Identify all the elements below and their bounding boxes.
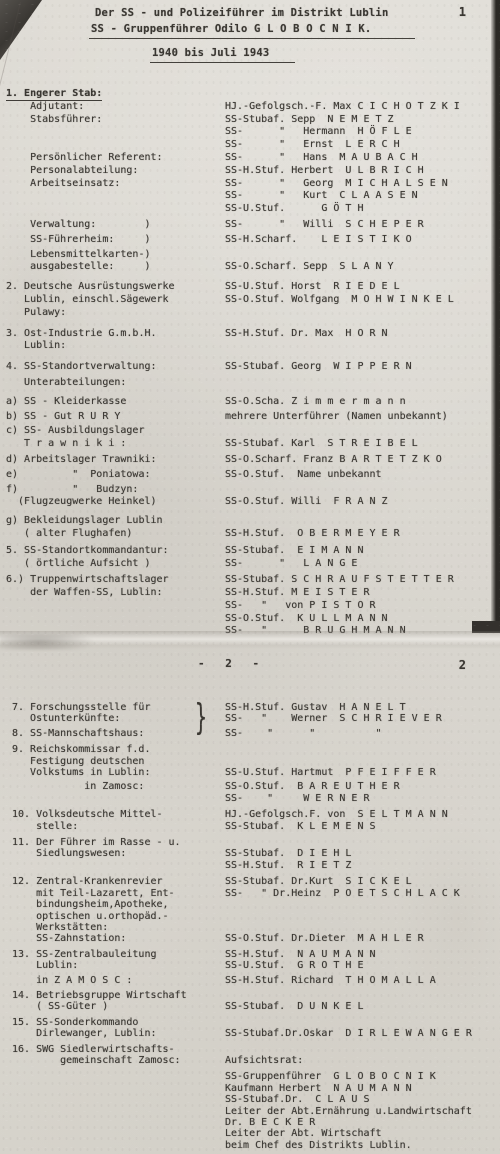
right-column-text [225, 515, 494, 528]
document-line: Volkstums in Lublin:SS-U.Stuf. Hartmut P… [12, 767, 494, 778]
document-line: T r a w n i k i :SS-Stubaf. Karl S T R E… [6, 438, 494, 451]
document-line: SS-O.Stuf. K U L L M A N N [6, 613, 494, 626]
right-column-text [225, 756, 494, 767]
document-title-line1: Der SS - und Polizeiführer im Distrikt L… [95, 7, 500, 19]
left-column-text: 3. Ost-Industrie G.m.b.H. [6, 328, 225, 341]
right-column-text: SS-Stubaf. E I M A N N [225, 545, 494, 558]
left-column-text: 13. SS-Zentralbauleitung [12, 949, 225, 960]
left-column-text: d) Arbeitslager Trawniki: [6, 454, 225, 467]
left-column-text: 11. Der Führer im Rasse - u. [12, 837, 225, 848]
left-column-text: a) SS - Kleiderkasse [6, 396, 225, 409]
right-column-text: SS-Stubaf. D I E H L [225, 848, 494, 859]
document-line: 9. Reichskommissar f.d. [12, 744, 494, 755]
right-column-text: SS-H.Stuf. O B E R M E Y E R [225, 528, 494, 541]
document-line: SS-Gruppenführer G L O B O C N I K [12, 1071, 494, 1082]
document-line: Unterabteilungen: [6, 377, 494, 390]
left-column-text [12, 1094, 225, 1105]
right-column-text: SS- " Hans M A U B A C H [225, 152, 494, 165]
document-line: ( alter Flughafen)SS-H.Stuf. O B E R M E… [6, 528, 494, 541]
left-column-text: T r a w n i k i : [6, 438, 225, 451]
right-column-text: SS-H.Scharf. L E I S T I K O [225, 234, 494, 247]
left-column-text: Volkstums in Lublin: [12, 767, 225, 778]
document-line: SS- " Hermann H Ö F L E [6, 126, 494, 139]
left-column-text: Lublin, einschl.Sägewerk [6, 294, 225, 307]
right-column-text [225, 744, 494, 755]
page1-header: Der SS - und Polizeiführer im Distrikt L… [0, 7, 500, 63]
document-scan: Der SS - und Polizeiführer im Distrikt L… [0, 0, 500, 1154]
right-column-text: HJ.-Gefolgsch.F. von S E L T M A N N [225, 809, 494, 820]
right-column-text [225, 911, 494, 922]
document-line: ausgabestelle: )SS-O.Scharf. Sepp S L A … [6, 261, 494, 274]
left-column-text: Lublin: [12, 960, 225, 971]
document-line: SS- " Ernst L E R C H [6, 139, 494, 152]
left-column-text: Lublin: [6, 340, 225, 353]
left-column-text [6, 139, 225, 152]
left-column-text: 16. SWG Siedlerwirtschafts- [12, 1044, 225, 1055]
left-column-text: SS-Zahnstation: [12, 933, 225, 944]
document-line: SS-Stubaf.Dr. C L A U S [12, 1094, 494, 1105]
right-column-text: SS-Stubaf.Dr. C L A U S [225, 1094, 494, 1105]
left-column-text: Werkstätten: [12, 922, 225, 933]
left-column-text [6, 203, 225, 216]
left-column-text: Festigung deutschen [12, 756, 225, 767]
right-column-text: SS-Stubaf. Dr.Kurt S I C K E L [225, 876, 494, 887]
left-column-text: der Waffen-SS, Lublin: [6, 587, 225, 600]
document-line: 14. Betriebsgruppe Wirtschaft [12, 990, 494, 1001]
document-line: 8. SS-Mannschaftshaus:SS- " " " [12, 728, 494, 739]
document-line: Lublin:SS-U.Stuf. G R O T H E [12, 960, 494, 971]
document-line: Leiter der Abt.Ernährung u.Landwirtschaf… [12, 1106, 494, 1117]
left-column-text: ( SS-Güter ) [12, 1001, 225, 1012]
document-line: mit Teil-Lazarett, Ent-SS- " Dr.Heinz P … [12, 888, 494, 899]
right-column-text: SS-H.Stuf. Richard T H O M A L L A [225, 975, 494, 986]
right-column-text: Aufsichtsrat: [225, 1055, 494, 1066]
document-line: 3. Ost-Industrie G.m.b.H.SS-H.Stuf. Dr. … [6, 328, 494, 341]
document-line: Pulawy: [6, 307, 494, 320]
document-line: Lublin: [6, 340, 494, 353]
right-column-text: SS-O.Scha. Z i m m e r m a n n [225, 396, 494, 409]
left-column-text: in Zamosc: [12, 781, 225, 792]
left-column-text: stelle: [12, 821, 225, 832]
document-line: c) SS- Ausbildungslager [6, 425, 494, 438]
left-column-text: b) SS - Gut R U R Y [6, 411, 225, 424]
right-column-text: beim Chef des Distrikts Lublin. [225, 1140, 494, 1151]
left-column-text: 14. Betriebsgruppe Wirtschaft [12, 990, 225, 1001]
right-column-text: SS-Gruppenführer G L O B O C N I K [225, 1071, 494, 1082]
right-column-text: Kaufmann Herbert N A U M A N N [225, 1083, 494, 1094]
left-column-text: 12. Zentral-Krankenrevier [12, 876, 225, 887]
right-column-text [225, 922, 494, 933]
left-column-text: f) " Budzyn: [6, 484, 225, 497]
right-column-text: SS-Stubaf. Sepp N E M E T Z [225, 114, 494, 127]
page2-center-marker: - 2 - [198, 657, 266, 670]
left-column-text: Persönlicher Referent: [6, 152, 225, 165]
document-line: Lublin, einschl.SägewerkSS-O.Stuf. Wolfg… [6, 294, 494, 307]
document-line: SS- " W E R N E R [12, 793, 494, 804]
left-column-text: c) SS- Ausbildungslager [6, 425, 225, 438]
right-column-text [225, 899, 494, 910]
right-column-text: Leiter der Abt.Ernährung u.Landwirtschaf… [225, 1106, 494, 1117]
left-column-text: Ostunterkünfte: [12, 713, 225, 724]
right-column-text: Leiter der Abt. Wirtschaft [225, 1128, 494, 1139]
left-column-text [12, 1140, 225, 1151]
document-line: 1. Engerer Stab: [6, 88, 494, 101]
right-column-text: SS-U.Stuf. Horst R I E D E L [225, 281, 494, 294]
right-column-text: SS-H.Stuf. Gustav H A N E L T [225, 702, 494, 713]
right-column-text: SS-H.Stuf. Dr. Max H O R N [225, 328, 494, 341]
left-column-text: g) Bekleidungslager Lublin [6, 515, 225, 528]
left-column-text: Unterabteilungen: [6, 377, 225, 390]
right-column-text: SS- " " " [225, 728, 494, 739]
document-line: in Z A M O S C :SS-H.Stuf. Richard T H O… [12, 975, 494, 986]
right-column-text: SS- " Kurt C L A A S E N [225, 190, 494, 203]
right-column-text [225, 990, 494, 1001]
torn-edge-smudge [0, 634, 130, 650]
document-line: Dirlewanger, Lublin:SS-Stubaf.Dr.Oskar D… [12, 1028, 494, 1039]
document-line: Dr. B E C K E R [12, 1117, 494, 1128]
left-column-text: 9. Reichskommissar f.d. [12, 744, 225, 755]
right-column-text: SS-U.Stuf. G R O T H E [225, 960, 494, 971]
document-line: Persönlicher Referent:SS- " Hans M A U B… [6, 152, 494, 165]
left-column-text [12, 860, 225, 871]
left-column-text: ( alter Flughafen) [6, 528, 225, 541]
right-column-text: SS-O.Stuf. Wolfgang M O H W I N K E L [225, 294, 494, 307]
right-column-text [225, 484, 494, 497]
left-column-text [12, 1128, 225, 1139]
left-column-text [12, 1083, 225, 1094]
left-column-text: ausgabestelle: ) [6, 261, 225, 274]
document-line: Festigung deutschen [12, 756, 494, 767]
left-column-text: Personalabteilung: [6, 165, 225, 178]
right-column-text: SS-H.Stuf. R I E T Z [225, 860, 494, 871]
left-column-text: Verwaltung: ) [6, 219, 225, 232]
right-column-text: SS- " Georg M I C H A L S E N [225, 178, 494, 191]
right-column-text: SS- " Werner S C H R I E V E R [225, 713, 494, 724]
right-column-text: SS- " W E R N E R [225, 793, 494, 804]
document-line: 6.) TruppenwirtschaftslagerSS-Stubaf. S … [6, 574, 494, 587]
document-line: SS-H.Stuf. R I E T Z [12, 860, 494, 871]
right-column-text [225, 837, 494, 848]
left-column-text: Dirlewanger, Lublin: [12, 1028, 225, 1039]
document-line: gemeinschaft Zamosc:Aufsichtsrat: [12, 1055, 494, 1066]
document-title-line2: SS - Gruppenführer Odilo G L O B O C N I… [89, 23, 500, 39]
document-line: ( SS-Güter )SS-Stubaf. D U N K E L [12, 1001, 494, 1012]
left-column-text: 10. Volksdeutsche Mittel- [12, 809, 225, 820]
left-column-text [12, 1106, 225, 1117]
right-column-text: SS-H.Stuf. N A U M A N N [225, 949, 494, 960]
document-line: 2. Deutsche AusrüstungswerkeSS-U.Stuf. H… [6, 281, 494, 294]
document-line: Siedlungswesen:SS-Stubaf. D I E H L [12, 848, 494, 859]
left-column-text [6, 190, 225, 203]
document-line: SS- " Kurt C L A A S E N [6, 190, 494, 203]
document-line: Lebensmittelkarten-) [6, 249, 494, 262]
left-column-text: bindungsheim,Apotheke, [12, 899, 225, 910]
left-column-text [12, 1117, 225, 1128]
right-column-text: SS- " Dr.Heinz P O E T S C H L A C K [225, 888, 494, 899]
left-column-text: optischen u.orthopäd.- [12, 911, 225, 922]
right-column-text: SS-H.Stuf. M E I S T E R [225, 587, 494, 600]
left-column-text: SS-Führerheim: ) [6, 234, 225, 247]
document-line: 13. SS-ZentralbauleitungSS-H.Stuf. N A U… [12, 949, 494, 960]
right-column-text: SS- " von P I S T O R [225, 600, 494, 613]
right-column-text [225, 377, 494, 390]
document-line: SS-U.Stuf. G Ö T H [6, 203, 494, 216]
document-line: SS-Führerheim: )SS-H.Scharf. L E I S T I… [6, 234, 494, 247]
left-column-text: ( örtliche Aufsicht ) [6, 558, 225, 571]
right-column-text: SS-Stubaf. S C H R A U F S T E T T E R [225, 574, 494, 587]
right-column-text [225, 425, 494, 438]
document-line: (Flugzeugwerke Heinkel)SS-O.Stuf. Willi … [6, 496, 494, 509]
right-column-text: SS-O.Stuf. Willi F R A N Z [225, 496, 494, 509]
right-column-text: SS-Stubaf. K L E M E N S [225, 821, 494, 832]
document-line: a) SS - KleiderkasseSS-O.Scha. Z i m m e… [6, 396, 494, 409]
left-column-text: in Z A M O S C : [12, 975, 225, 986]
left-column-text: 7. Forschungsstelle für [12, 702, 225, 713]
left-column-text: Lebensmittelkarten-) [6, 249, 225, 262]
left-column-text: 2. Deutsche Ausrüstungswerke [6, 281, 225, 294]
right-column-text [225, 88, 494, 101]
right-column-text: SS-O.Scharf. Sepp S L A N Y [225, 261, 494, 274]
document-line: optischen u.orthopäd.- [12, 911, 494, 922]
right-column-text [225, 249, 494, 262]
document-line: 4. SS-Standortverwaltung:SS-Stubaf. Geor… [6, 361, 494, 374]
right-column-text [225, 1044, 494, 1055]
left-column-text: e) " Poniatowa: [6, 469, 225, 482]
document-line: Verwaltung: )SS- " Willi S C H E P E R [6, 219, 494, 232]
left-column-text [12, 1071, 225, 1082]
left-column-text: 15. SS-Sonderkommando [12, 1017, 225, 1028]
document-line: Werkstätten: [12, 922, 494, 933]
document-line: e) " Poniatowa:SS-O.Stuf. Name unbekannt [6, 469, 494, 482]
document-line: Personalabteilung:SS-H.Stuf. Herbert U L… [6, 165, 494, 178]
right-column-text: SS- " Hermann H Ö F L E [225, 126, 494, 139]
document-line: Leiter der Abt. Wirtschaft [12, 1128, 494, 1139]
left-column-text: 4. SS-Standortverwaltung: [6, 361, 225, 374]
right-column-text: SS-O.Stuf. K U L L M A N N [225, 613, 494, 626]
document-line: 16. SWG Siedlerwirtschafts- [12, 1044, 494, 1055]
document-line: Arbeitseinsatz:SS- " Georg M I C H A L S… [6, 178, 494, 191]
left-column-text: 5. SS-Standortkommandantur: [6, 545, 225, 558]
right-column-text: SS-U.Stuf. Hartmut P F E I F F E R [225, 767, 494, 778]
document-line: 5. SS-Standortkommandantur:SS-Stubaf. E … [6, 545, 494, 558]
left-column-text: 1. Engerer Stab: [6, 88, 225, 101]
left-column-text: gemeinschaft Zamosc: [12, 1055, 225, 1066]
document-line: Kaufmann Herbert N A U M A N N [12, 1083, 494, 1094]
document-subtitle: 1940 bis Juli 1943 [150, 47, 500, 63]
document-line: g) Bekleidungslager Lublin [6, 515, 494, 528]
page2-body: 7. Forschungsstelle fürSS-H.Stuf. Gustav… [12, 702, 494, 1151]
page1-body: 1. Engerer Stab: Adjutant:HJ.-Gefolgsch.… [6, 88, 494, 638]
right-column-text: SS-O.Scharf. Franz B A R T E T Z K O [225, 454, 494, 467]
right-column-text: mehrere Unterführer (Namen unbekannt) [225, 411, 494, 424]
page2-number: 2 [459, 658, 466, 672]
right-column-text: SS-U.Stuf. G Ö T H [225, 203, 494, 216]
left-column-text [12, 793, 225, 804]
left-column-text: Adjutant: [6, 101, 225, 114]
right-column-text: SS-O.Stuf. Name unbekannt [225, 469, 494, 482]
left-column-text: 6.) Truppenwirtschaftslager [6, 574, 225, 587]
right-column-text: SS-Stubaf. Karl S T R E I B E L [225, 438, 494, 451]
page1-number: 1 [459, 5, 466, 19]
right-column-text: HJ.-Gefolgsch.-F. Max C I C H O T Z K I [225, 101, 494, 114]
document-line: 10. Volksdeutsche Mittel-HJ.-Gefolgsch.F… [12, 809, 494, 820]
document-line: SS-Zahnstation:SS-O.Stuf. Dr.Dieter M A … [12, 933, 494, 944]
document-line: d) Arbeitslager Trawniki:SS-O.Scharf. Fr… [6, 454, 494, 467]
left-column-text: (Flugzeugwerke Heinkel) [6, 496, 225, 509]
right-column-text: SS-H.Stuf. Herbert U L B R I C H [225, 165, 494, 178]
right-column-text [225, 1017, 494, 1028]
document-line: ( örtliche Aufsicht )SS- " L A N G E [6, 558, 494, 571]
document-line: 15. SS-Sonderkommando [12, 1017, 494, 1028]
right-column-text [225, 307, 494, 320]
right-column-text: SS-Stubaf.Dr.Oskar D I R L E W A N G E R [225, 1028, 494, 1039]
document-line: 7. Forschungsstelle fürSS-H.Stuf. Gustav… [12, 702, 494, 713]
right-column-text: SS- " Willi S C H E P E R [225, 219, 494, 232]
left-column-text: Arbeitseinsatz: [6, 178, 225, 191]
left-column-text: Siedlungswesen: [12, 848, 225, 859]
document-line: Ostunterkünfte:SS- " Werner S C H R I E … [12, 713, 494, 724]
document-line: b) SS - Gut R U R Ymehrere Unterführer (… [6, 411, 494, 424]
right-column-text: SS-Stubaf. D U N K E L [225, 1001, 494, 1012]
document-line: der Waffen-SS, Lublin:SS-H.Stuf. M E I S… [6, 587, 494, 600]
left-column-text: Stabsführer: [6, 114, 225, 127]
right-column-text: SS-O.Stuf. Dr.Dieter M A H L E R [225, 933, 494, 944]
document-line: f) " Budzyn: [6, 484, 494, 497]
document-line: 12. Zentral-KrankenrevierSS-Stubaf. Dr.K… [12, 876, 494, 887]
left-column-text [6, 613, 225, 626]
right-column-text: Dr. B E C K E R [225, 1117, 494, 1128]
document-line: in Zamosc:SS-O.Stuf. B A R E U T H E R [12, 781, 494, 792]
document-line: Stabsführer:SS-Stubaf. Sepp N E M E T Z [6, 114, 494, 127]
document-line: 11. Der Führer im Rasse - u. [12, 837, 494, 848]
left-column-text [6, 600, 225, 613]
left-column-text: 8. SS-Mannschaftshaus: [12, 728, 225, 739]
right-column-text: SS- " L A N G E [225, 558, 494, 571]
document-line: Adjutant:HJ.-Gefolgsch.-F. Max C I C H O… [6, 101, 494, 114]
right-column-text [225, 340, 494, 353]
right-column-text: SS- " Ernst L E R C H [225, 139, 494, 152]
document-line: bindungsheim,Apotheke, [12, 899, 494, 910]
document-line: beim Chef des Distrikts Lublin. [12, 1140, 494, 1151]
left-column-text: Pulawy: [6, 307, 225, 320]
right-column-text: SS-O.Stuf. B A R E U T H E R [225, 781, 494, 792]
left-column-text: mit Teil-Lazarett, Ent- [12, 888, 225, 899]
document-line: SS- " von P I S T O R [6, 600, 494, 613]
left-column-text [6, 126, 225, 139]
document-line: stelle:SS-Stubaf. K L E M E N S [12, 821, 494, 832]
right-column-text: SS-Stubaf. Georg W I P P E R N [225, 361, 494, 374]
